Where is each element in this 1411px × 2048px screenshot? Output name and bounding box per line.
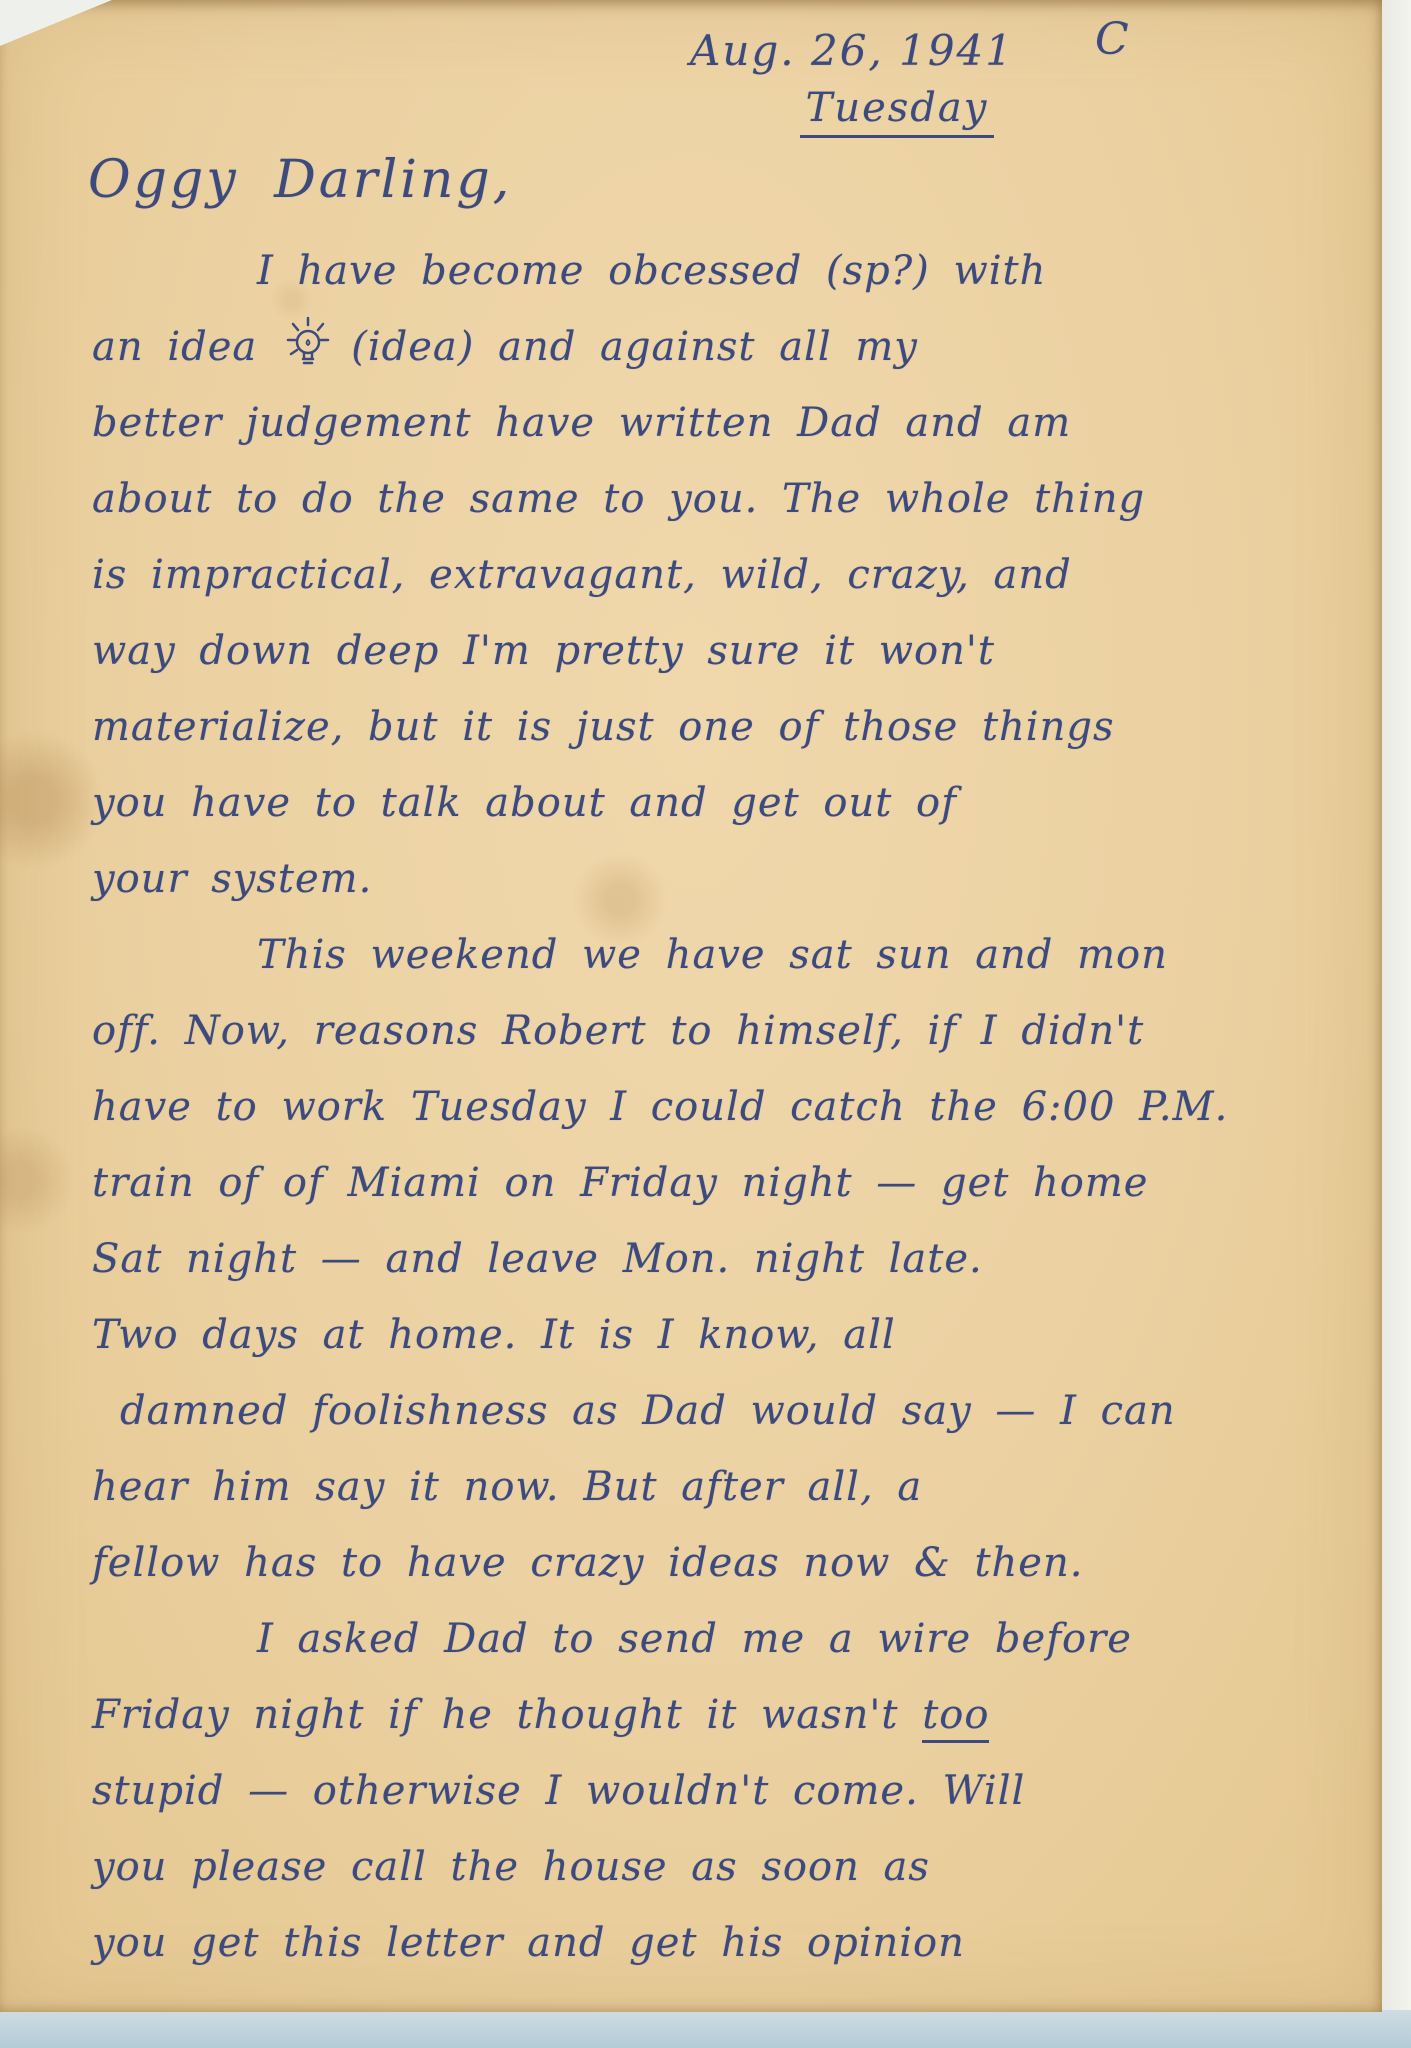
scanner-background-right [1381,0,1411,2012]
letter-line-text: (idea) and against all my [351,324,918,370]
letter-line: is impractical, extravagant, wild, crazy… [92,540,1352,616]
letter-line: way down deep I'm pretty sure it won't [92,616,1352,692]
letter-line: you please call the house as soon as [92,1832,1352,1908]
date-text: Aug. 26, 1941 [690,26,1014,75]
letter-line: damned foolishness as Dad would say — I … [92,1376,1352,1452]
scanner-background-bottom [0,2010,1411,2048]
letter-line-text: an idea [92,324,257,370]
day-text: Tuesday [800,85,995,138]
letter-line: I have become obcessed (sp?) with [92,236,1352,312]
letter-body: I have become obcessed (sp?) with an ide… [92,236,1352,1984]
letter-line: off. Now, reasons Robert to himself, if … [92,996,1352,1072]
letter-line: fellow has to have crazy ideas now & the… [92,1528,1352,1604]
letter-line: you get this letter and get his opinion [92,1908,1352,1984]
letter-line-with-doodle: an idea (idea) and against all my [92,312,1352,388]
salutation: Oggy Darling, [88,150,512,210]
letter-line: Sat night — and leave Mon. night late. [92,1224,1352,1300]
letter-line: Two days at home. It is I know, all [92,1300,1352,1376]
letter-line: train of of Miami on Friday night — get … [92,1148,1352,1224]
letter-line: stupid — otherwise I wouldn't come. Will [92,1756,1352,1832]
letter-line: about to do the same to you. The whole t… [92,464,1352,540]
date-block: Aug. 26, 1941 Tuesday [690,26,1014,138]
letter-line: you have to talk about and get out of [92,768,1352,844]
underlined-word: too [922,1692,989,1743]
letter-line: This weekend we have sat sun and mon [92,920,1352,996]
letter-line-with-underline: Friday night if he thought it wasn't too [92,1680,1352,1756]
letter-line: have to work Tuesday I could catch the 6… [92,1072,1352,1148]
letter-line: I asked Dad to send me a wire before [92,1604,1352,1680]
letter-line: hear him say it now. But after all, a [92,1452,1352,1528]
lightbulb-doodle-icon [283,312,333,374]
letter-line-text: Friday night if he thought it wasn't [92,1692,898,1738]
letter-line: better judgement have written Dad and am [92,388,1352,464]
corner-annotation: C [1095,18,1129,62]
letter-paper: C Aug. 26, 1941 Tuesday Oggy Darling, I … [0,0,1382,2012]
letter-line: your system. [92,844,1352,920]
letter-line: materialize, but it is just one of those… [92,692,1352,768]
